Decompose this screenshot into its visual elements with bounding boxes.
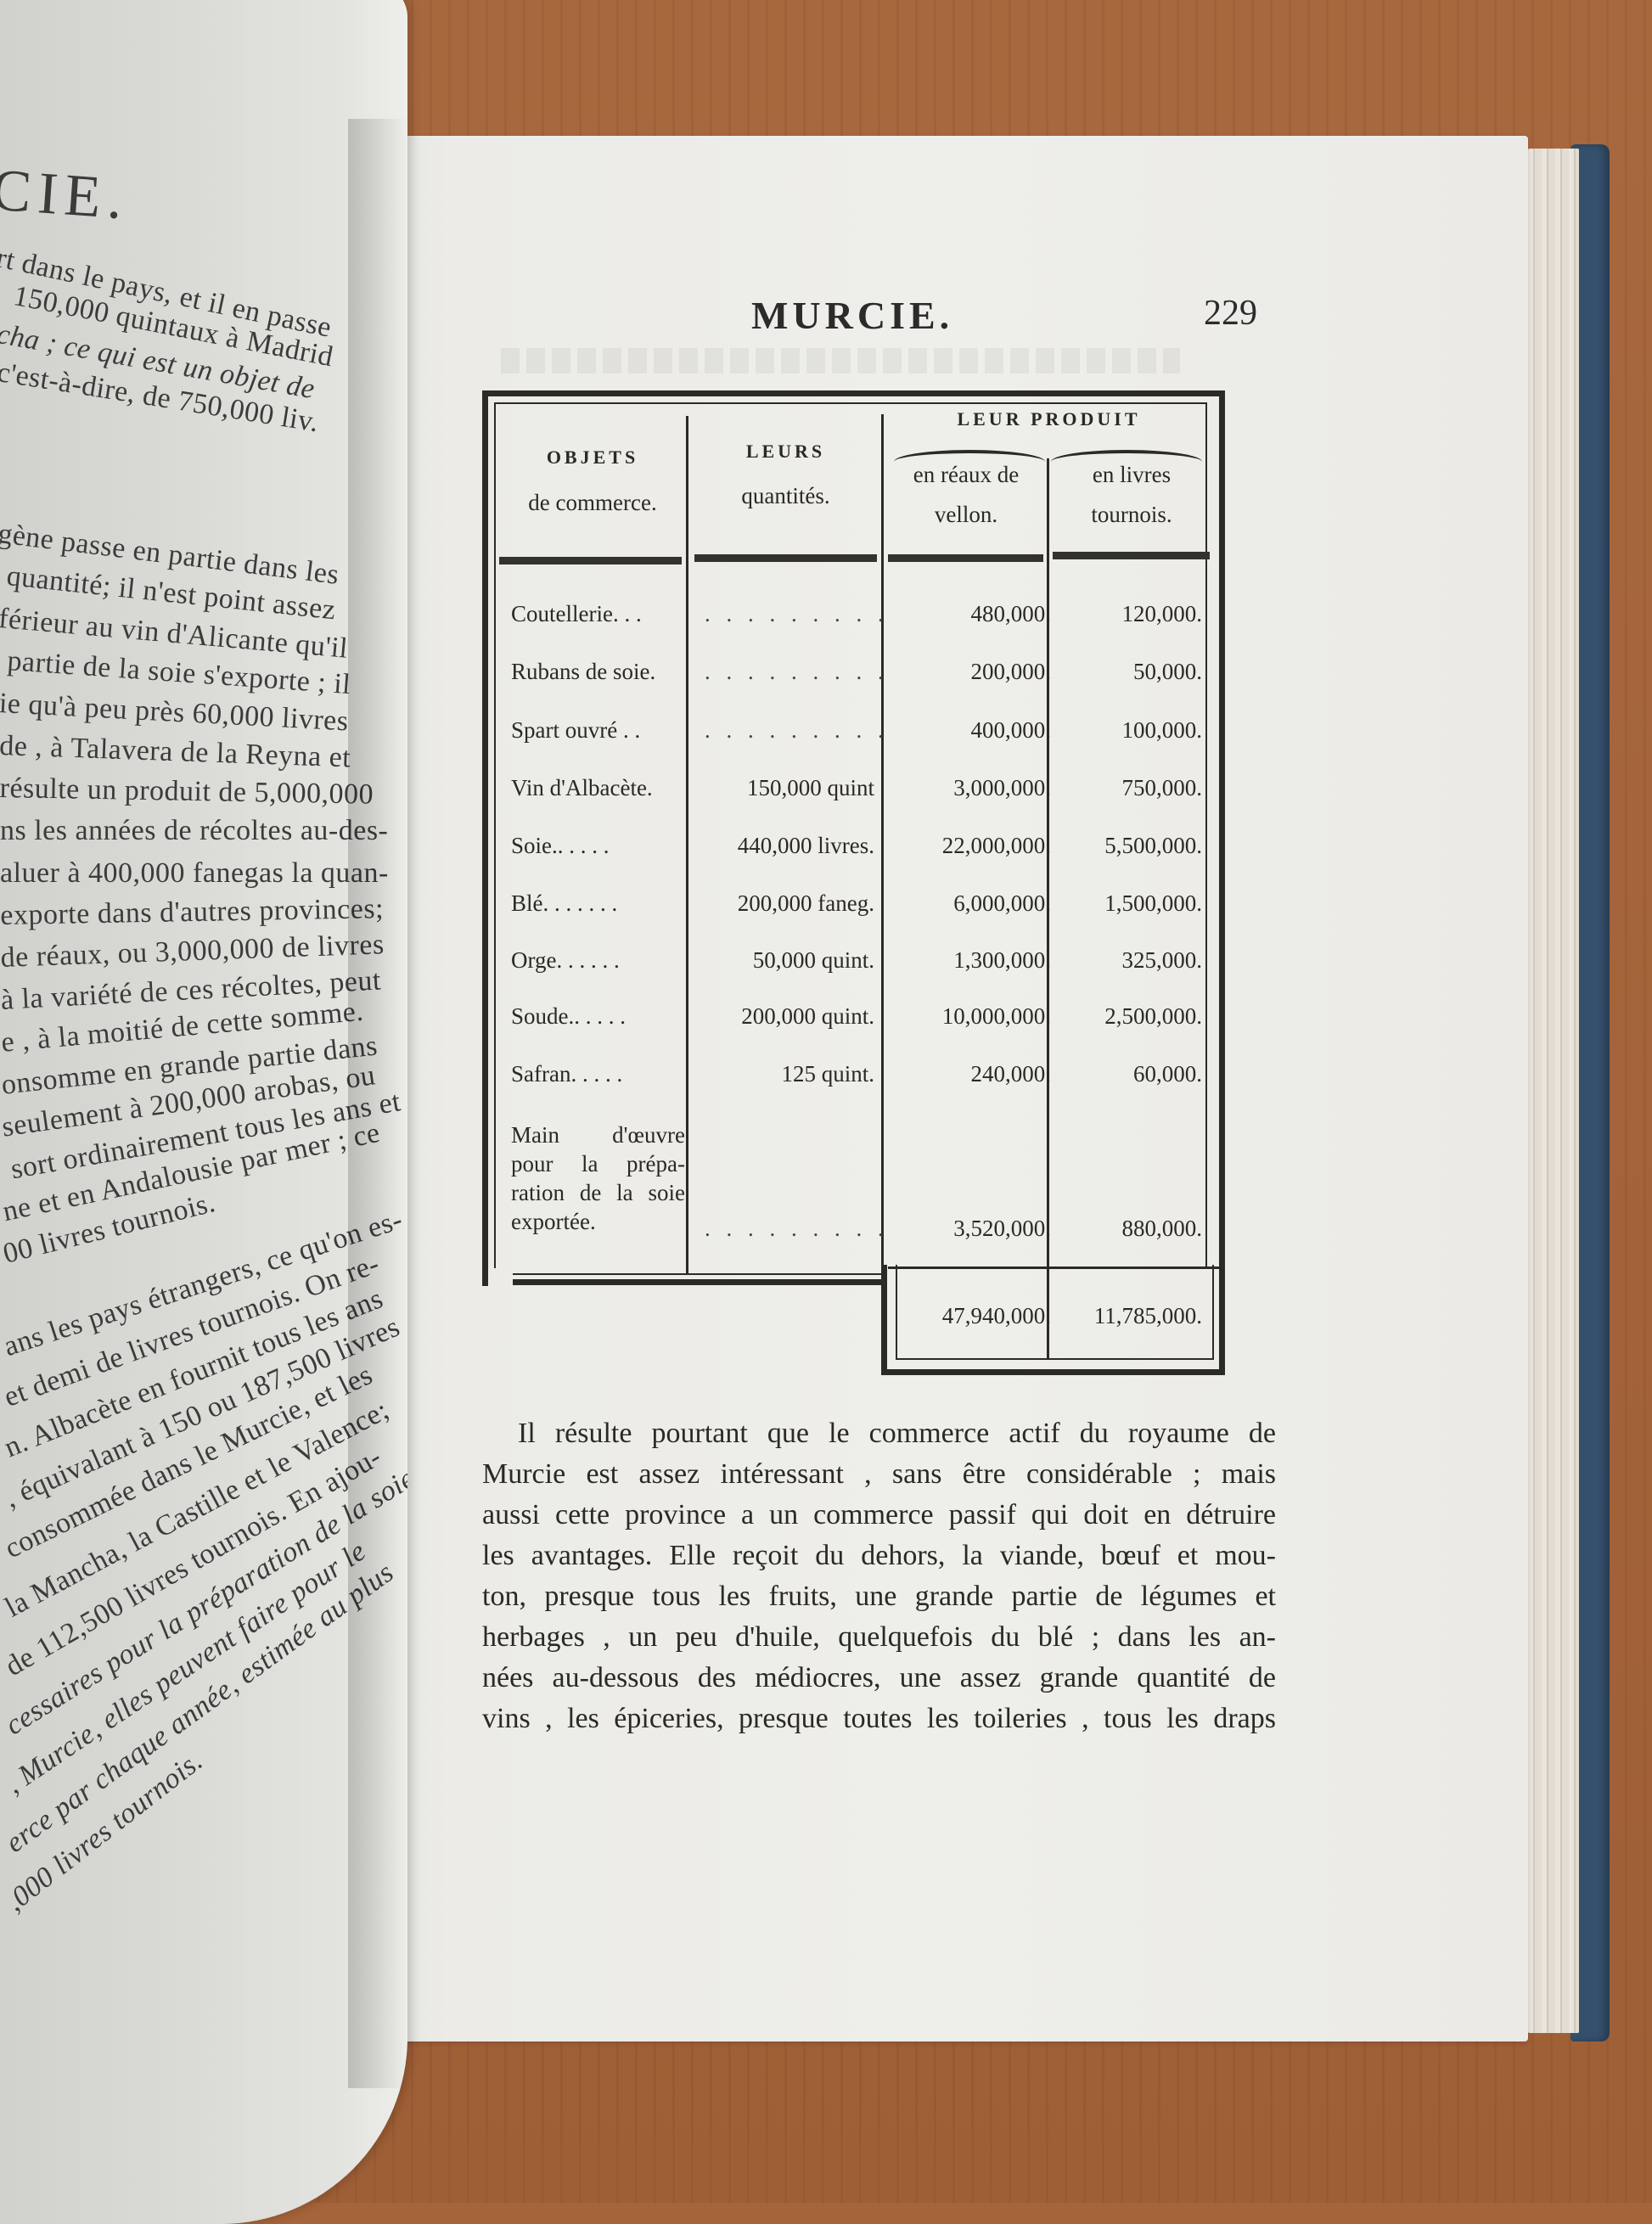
table-row: Orge. . . . . . 50,000 quint. 1,300,000.…	[482, 947, 1225, 1002]
header-rule	[694, 554, 877, 562]
header-rule	[1053, 552, 1210, 559]
left-page: CIE. rt dans le pays, et il en passe 150…	[0, 0, 407, 2203]
totals-row: 47,940,000. 11,785,000.	[482, 1303, 1225, 1357]
right-page: MURCIE. 229 OBJETS de commerce. LEURS qu…	[357, 136, 1528, 2041]
header-leur-produit: LEUR PRODUIT	[885, 399, 1212, 440]
header-leurs: LEURS	[690, 431, 881, 472]
chapter-title: MURCIE.	[751, 293, 953, 338]
header-livres-1: en livres	[1051, 454, 1212, 495]
header-reaux-2: vellon.	[885, 494, 1047, 535]
commerce-table: OBJETS de commerce. LEURS quantités. LEU…	[482, 390, 1225, 1367]
table-row: Vin d'Albacète. 150,000 quint 3,000,000.…	[482, 775, 1225, 829]
total-reaux: 47,940,000.	[890, 1303, 1051, 1329]
table-row: Soie.. . . . . 440,000 livres. 22,000,00…	[482, 833, 1225, 887]
gutter-shadow	[348, 119, 407, 2088]
header-de-commerce: de commerce.	[499, 482, 686, 523]
table-row: Rubans de soie. . . . . . . . . . 200,00…	[482, 659, 1225, 713]
table-row: Soude.. . . . . 200,000 quint. 10,000,00…	[482, 1003, 1225, 1058]
header-objets: OBJETS	[499, 437, 686, 478]
total-livres: 11,785,000.	[1066, 1303, 1202, 1329]
header-rule	[499, 557, 682, 564]
table-row: Safran. . . . . 125 quint. 240,000. 60,0…	[482, 1061, 1225, 1115]
header-livres-2: tournois.	[1051, 494, 1212, 535]
page-number: 229	[1204, 293, 1257, 334]
table-row: Blé. . . . . . . 200,000 faneg. 6,000,00…	[482, 890, 1225, 945]
table-row: Spart ouvré . . . . . . . . . . . 400,00…	[482, 717, 1225, 772]
totals-rule	[888, 1266, 1221, 1269]
body-paragraph: Il résulte pourtant que le commerce acti…	[482, 1413, 1276, 1739]
left-running-head: CIE.	[0, 156, 132, 233]
table-frame-bottom	[513, 1273, 882, 1285]
header-reaux-1: en réaux de	[885, 454, 1047, 495]
bleed-through-text	[501, 348, 1180, 373]
header-quantites: quantités.	[690, 475, 881, 516]
page-stack-edges	[1528, 149, 1579, 2033]
table-row: Main d'œuvre pour la prépa-ration de la …	[482, 1120, 1225, 1256]
header-rule	[888, 554, 1043, 562]
table-row: Coutellerie. . . . . . . . . . . . 480,0…	[482, 601, 1225, 655]
